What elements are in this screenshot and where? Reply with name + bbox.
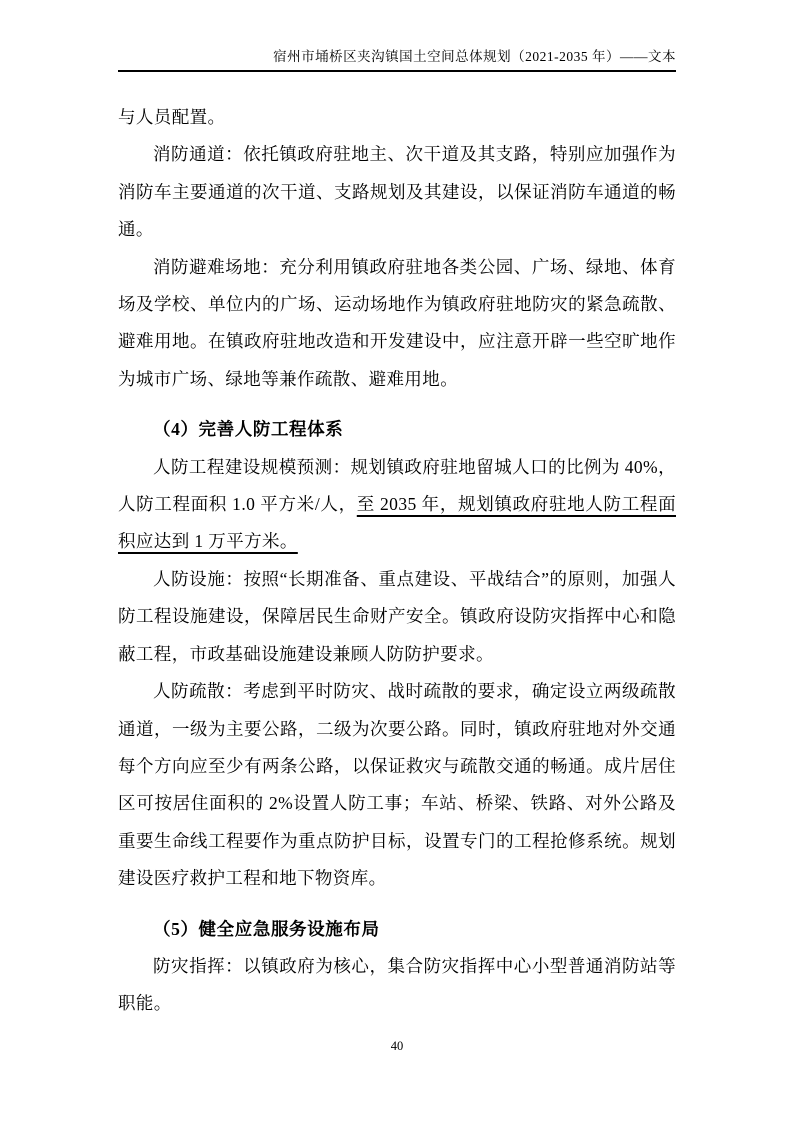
document-title: 宿州市埇桥区夹沟镇国土空间总体规划（2021-2035 年）——文本: [273, 49, 676, 64]
paragraph-disaster-command: 防灾指挥：以镇政府为核心，集合防灾指挥中心小型普通消防站等职能。: [118, 948, 676, 1023]
document-body: 与人员配置。 消防通道：依托镇政府驻地主、次干道及其支路，特别应加强作为消防车主…: [118, 99, 676, 1023]
document-page: 宿州市埇桥区夹沟镇国土空间总体规划（2021-2035 年）——文本 与人员配置…: [0, 0, 794, 1123]
page-number: 40: [391, 1039, 404, 1053]
heading-civil-defense-system: （4）完善人防工程体系: [118, 411, 676, 448]
heading-emergency-service-layout: （5）健全应急服务设施布局: [118, 911, 676, 948]
paragraph-continuation: 与人员配置。: [118, 99, 676, 136]
paragraph-civil-defense-scale: 人防工程建设规模预测：规划镇政府驻地留城人口的比例为 40%，人防工程面积 1.…: [118, 449, 676, 561]
paragraph-fire-channel: 消防通道：依托镇政府驻地主、次干道及其支路，特别应加强作为消防车主要通道的次干道…: [118, 136, 676, 248]
paragraph-fire-shelter: 消防避难场地：充分利用镇政府驻地各类公园、广场、绿地、体育场及学校、单位内的广场…: [118, 249, 676, 399]
page-footer: 40: [0, 1038, 794, 1054]
paragraph-civil-defense-facilities: 人防设施：按照“长期准备、重点建设、平战结合”的原则，加强人防工程设施建设，保障…: [118, 561, 676, 673]
paragraph-civil-defense-evacuation: 人防疏散：考虑到平时防灾、战时疏散的要求，确定设立两级疏散通道，一级为主要公路，…: [118, 673, 676, 897]
page-header: 宿州市埇桥区夹沟镇国土空间总体规划（2021-2035 年）——文本: [118, 48, 676, 72]
